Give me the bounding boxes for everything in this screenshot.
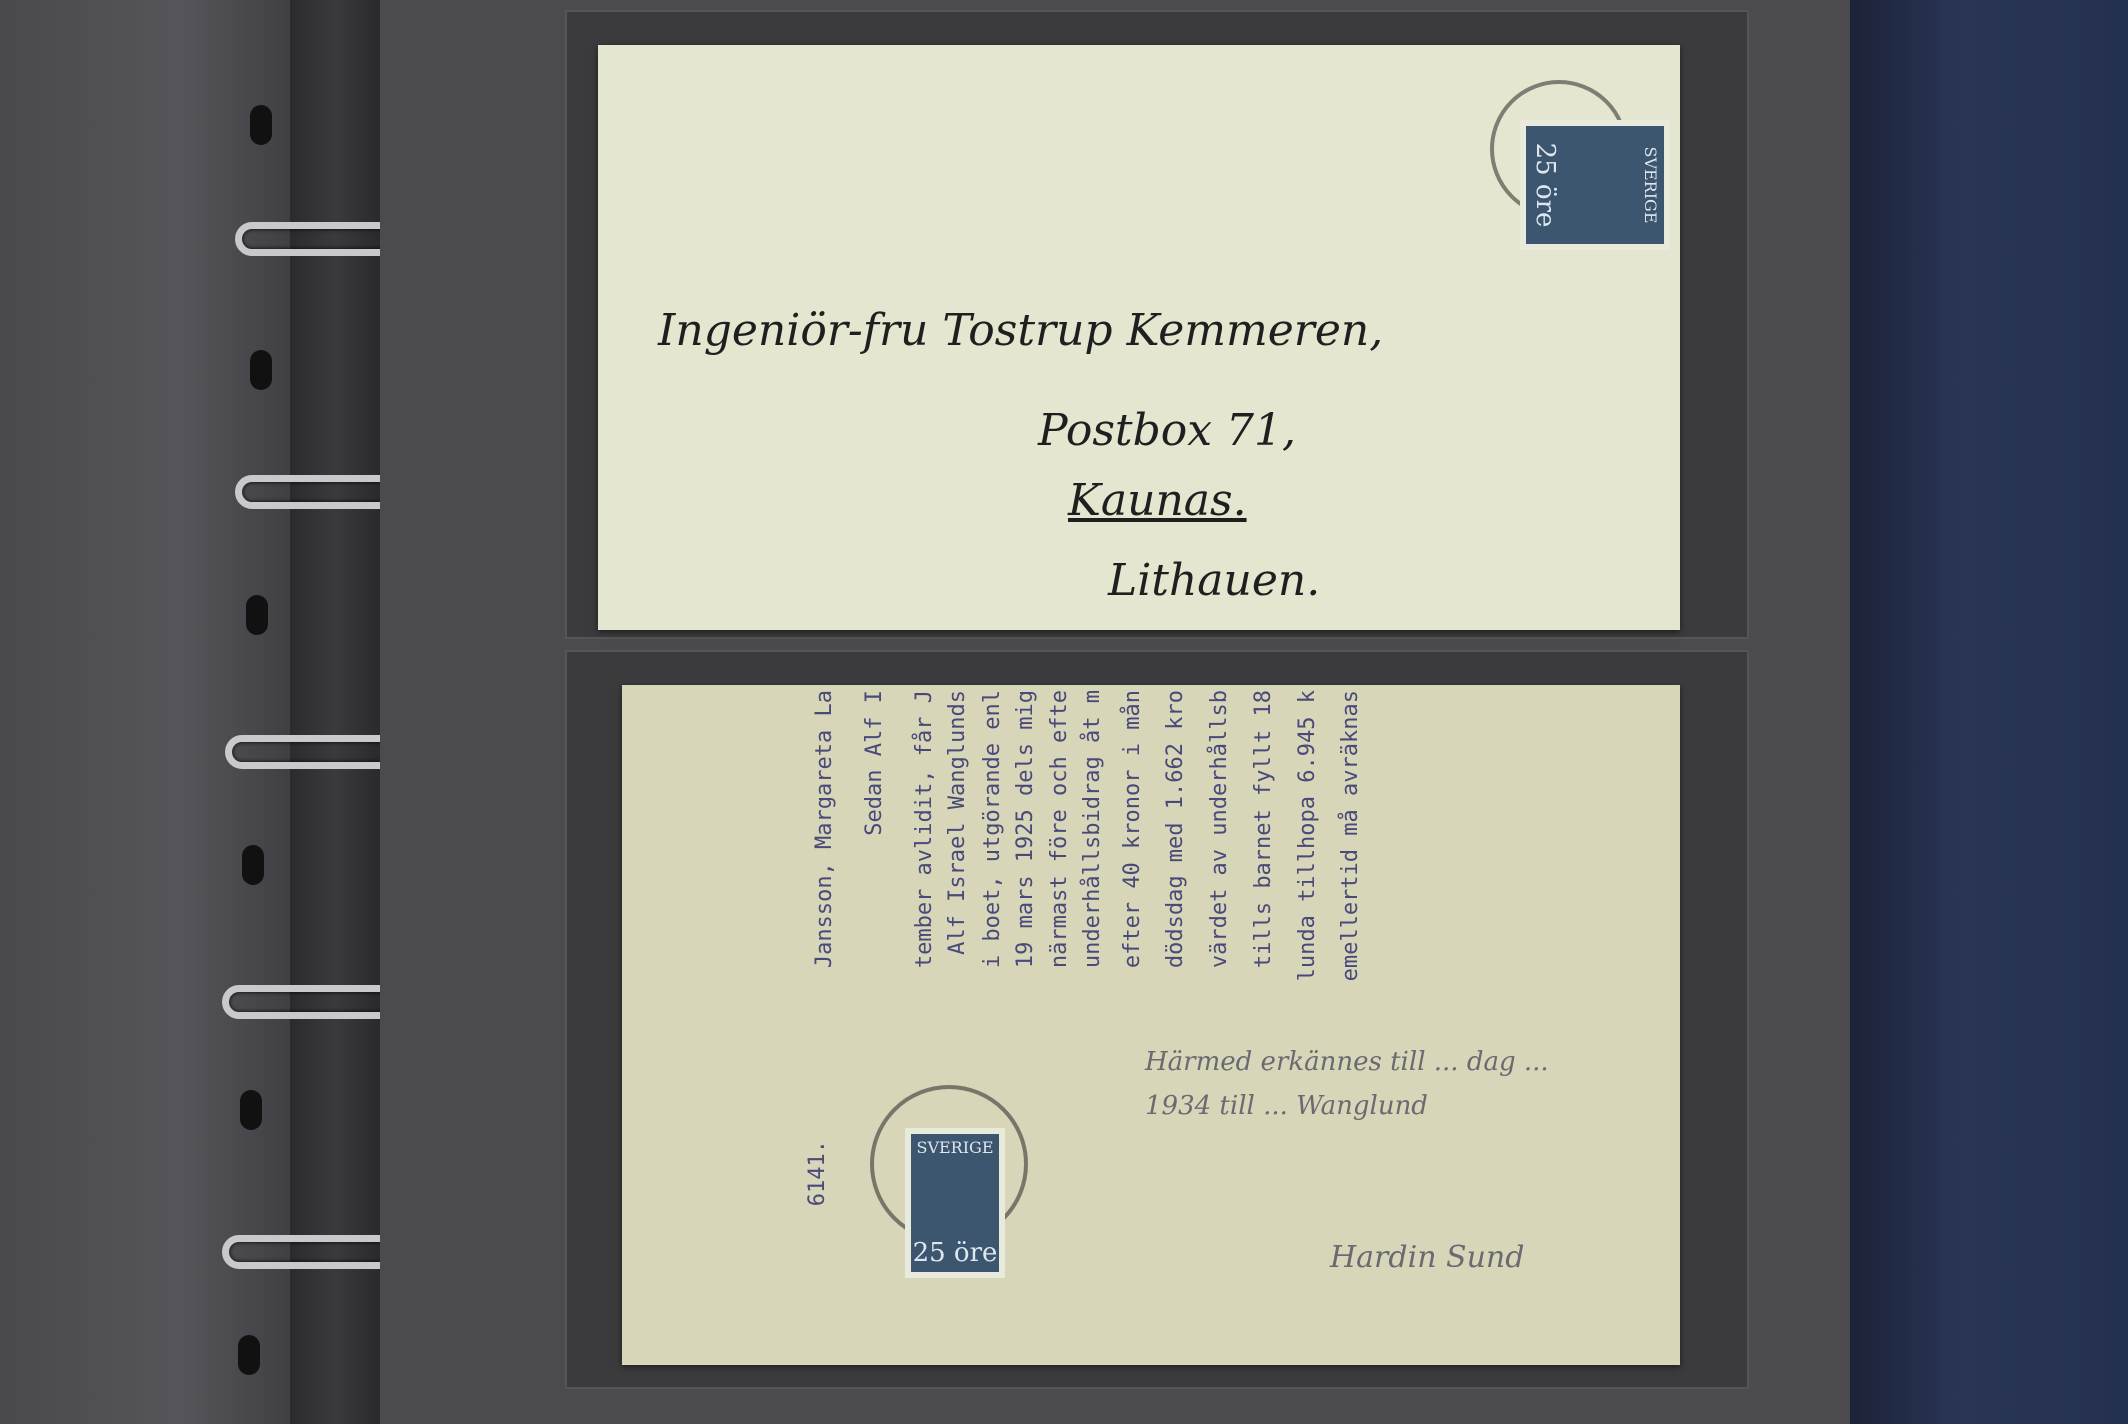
stamp-country: SVERIGE <box>911 1138 999 1157</box>
typed-line: underhållsbidrag åt m <box>1080 690 1105 968</box>
address-line: Lithauen. <box>1108 555 1320 606</box>
typed-line: värdet av underhållsb <box>1207 690 1232 968</box>
address-line: Ingeniör-fru Tostrup Kemmeren, <box>658 305 1383 356</box>
punch-hole <box>242 845 264 885</box>
punch-hole <box>246 595 268 635</box>
punch-hole <box>238 1335 260 1375</box>
binder-board <box>0 0 300 1424</box>
album-cover <box>1850 0 2128 1424</box>
typed-line: dödsdag med 1.662 kro <box>1163 690 1188 968</box>
binder-spine <box>290 0 380 1424</box>
typed-line: närmast före och efte <box>1047 690 1072 968</box>
document-number: 6141. <box>805 1140 830 1206</box>
typed-line: lunda tillhopa 6.945 k <box>1295 690 1320 981</box>
typed-line: 19 mars 1925 dels mig <box>1013 690 1038 968</box>
punch-hole <box>250 105 272 145</box>
typed-line: i boet, utgörande enl <box>980 690 1005 968</box>
stamped-note: Härmed erkännes till ... dag ... 1934 ti… <box>1145 1040 1565 1128</box>
typed-line: tills barnet fyllt 18 <box>1251 690 1276 968</box>
stamp-value: 25 öre <box>1530 126 1560 244</box>
address-line: Kaunas. <box>1068 475 1247 526</box>
postage-stamp: SVERIGE 25 öre <box>905 1128 1005 1278</box>
punch-hole <box>250 350 272 390</box>
stamp-country: SVERIGE <box>1641 126 1660 244</box>
typed-line: efter 40 kronor i mån <box>1120 690 1145 968</box>
signature: Hardin Sund <box>1330 1240 1524 1275</box>
stamp-value: 25 öre <box>911 1238 999 1268</box>
postage-stamp: SVERIGE 25 öre <box>1520 120 1670 250</box>
typed-line: emellertid må avräknas <box>1338 690 1363 981</box>
typed-line: tember avlidit, får J <box>912 690 937 968</box>
punch-hole <box>240 1090 262 1130</box>
typed-line: Alf Israel Wanglunds <box>945 690 970 955</box>
typed-line: Jansson, Margareta La <box>812 690 837 968</box>
typed-line: Sedan Alf I <box>862 690 887 836</box>
address-line: Postbox 71, <box>1038 405 1296 456</box>
